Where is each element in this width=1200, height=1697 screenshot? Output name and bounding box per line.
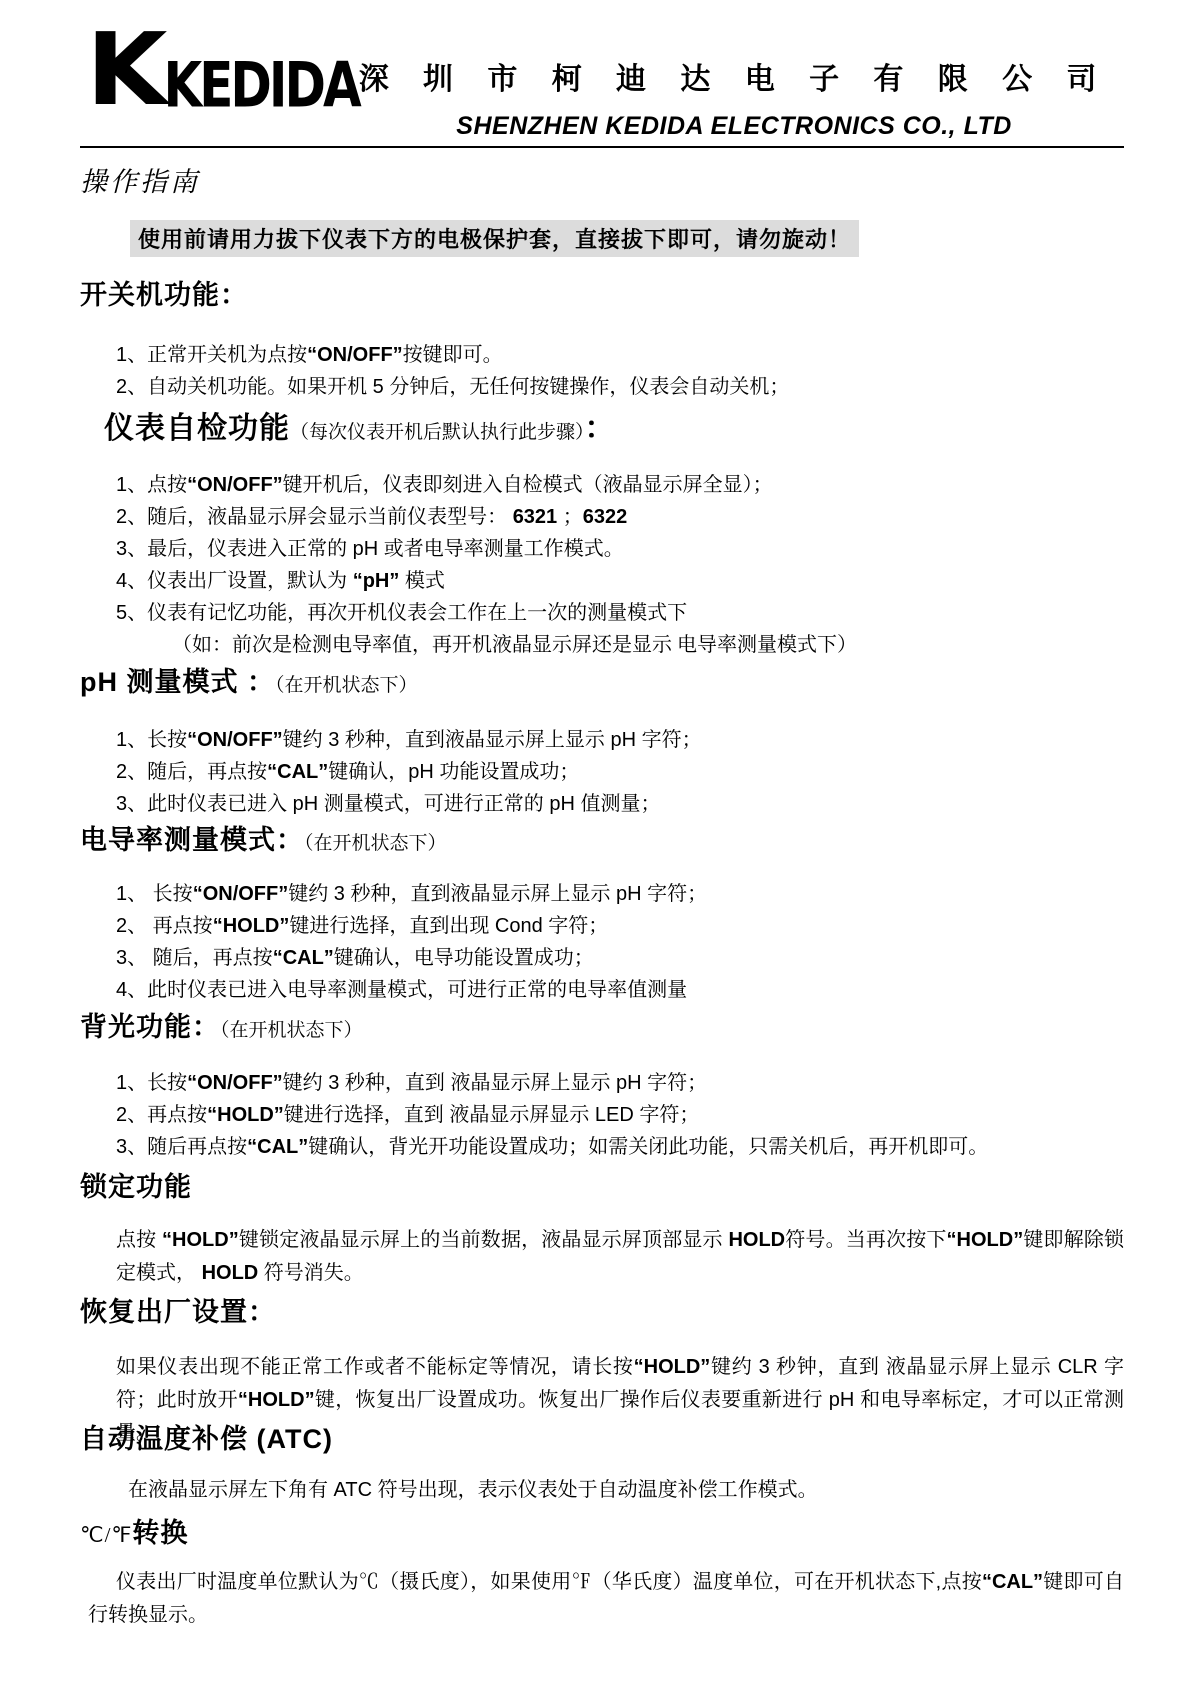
list-item: 2、 再点按“HOLD”键进行选择，直到出现 Cond 字符； [80,913,1124,939]
list-item: 2、自动关机功能。如果开机 5 分钟后，无任何按键操作，仪表会自动关机； [80,374,1124,400]
letterhead: K KEDIDA 深 圳 市 柯 迪 达 电 子 有 限 公 司 SHENZHE… [80,26,1124,141]
kedida-logo: K KEDIDA [88,26,359,114]
section-title-hold: 锁定功能 [80,1170,1124,1204]
list-item: 1、正常开关机为点按“ON/OFF”按键即可。 [80,342,1124,368]
section-title-power: 开关机功能： [80,278,1124,312]
list-item: 5、仪表有记忆功能，再次开机仪表会工作在上一次的测量模式下 [80,600,1124,626]
section-title-ph: pH 测量模式 ：（在开机状态下） [80,665,1124,703]
section-cond-mode: 电导率测量模式：（在开机状态下） 1、 长按“ON/OFF”键约 3 秒种，直到… [80,823,1124,1003]
list-item: 1、长按“ON/OFF”键约 3 秒种，直到 液晶显示屏上显示 pH 字符； [80,1070,1124,1096]
section-title-cond: 电导率测量模式：（在开机状态下） [80,823,1124,861]
section-ph-mode: pH 测量模式 ：（在开机状态下） 1、长按“ON/OFF”键约 3 秒种，直到… [80,665,1124,817]
list-item: 2、随后，液晶显示屏会显示当前仪表型号： 6321 ；6322 [80,504,1124,530]
section-paragraph: 仪表出厂时温度单位默认为℃（摄氏度），如果使用℉（华氏度）温度单位，可在开机状态… [80,1566,1124,1632]
company-name-cn: 深 圳 市 柯 迪 达 电 子 有 限 公 司 [359,54,1110,98]
warning-notice: 使用前请用力拔下仪表下方的电极保护套，直接拔下即可，请勿旋动！ [130,220,859,257]
list-item: 2、随后，再点按“CAL”键确认，pH 功能设置成功； [80,759,1124,785]
list-item: 3、随后再点按“CAL”键确认，背光开功能设置成功；如需关闭此功能，只需关机后，… [80,1134,1124,1160]
section-temp-unit: ℃/℉转换 仪表出厂时温度单位默认为℃（摄氏度），如果使用℉（华氏度）温度单位，… [80,1516,1124,1632]
section-title-selfcheck: 仪表自检功能（每次仪表开机后默认执行此步骤）： [80,410,1124,452]
list-item: 1、长按“ON/OFF”键约 3 秒种，直到液晶显示屏上显示 pH 字符； [80,727,1124,753]
list-item: 1、 长按“ON/OFF”键约 3 秒种，直到液晶显示屏上显示 pH 字符； [80,881,1124,907]
section-backlight: 背光功能：（在开机状态下） 1、长按“ON/OFF”键约 3 秒种，直到 液晶显… [80,1010,1124,1160]
backlight-title-text: 背光功能： [80,1012,220,1042]
notice-row: 使用前请用力拔下仪表下方的电极保护套，直接拔下即可，请勿旋动！ [80,220,1124,257]
section-hold-lock: 锁定功能 点按 “HOLD”键锁定液晶显示屏上的当前数据，液晶显示屏顶部显示 H… [80,1170,1124,1290]
backlight-title-note: （在开机状态下） [220,1020,363,1041]
cond-title-text: 电导率测量模式： [80,825,304,855]
doc-title: 操作指南 [80,160,1124,199]
list-item: 4、仪表出厂设置，默认为 “pH” 模式 [80,568,1124,594]
selfcheck-title-colon: ： [585,412,616,445]
ph-title-text: pH 测量模式 ： [80,667,275,697]
company-block: 深 圳 市 柯 迪 达 电 子 有 限 公 司 SHENZHEN KEDIDA … [359,54,1180,141]
section-title-reset: 恢复出厂设置： [80,1295,1124,1329]
company-name-en: SHENZHEN KEDIDA ELECTRONICS CO., LTD [359,112,1110,141]
section-title-backlight: 背光功能：（在开机状态下） [80,1010,1124,1048]
cond-title-note: （在开机状态下） [304,833,447,854]
section-title-atc: 自动温度补偿 (ATC) [80,1422,1124,1456]
temp-title-text: 转换 [132,1518,188,1548]
list-item: 4、此时仪表已进入电导率测量模式，可进行正常的电导率值测量 [80,977,1124,1003]
list-subnote: （如：前次是检测电导率值，再开机液晶显示屏还是显示 电导率测量模式下） [80,632,1124,658]
section-paragraph: 点按 “HOLD”键锁定液晶显示屏上的当前数据，液晶显示屏顶部显示 HOLD符号… [80,1224,1124,1290]
list-item: 2、再点按“HOLD”键进行选择，直到 液晶显示屏显示 LED 字符； [80,1102,1124,1128]
logo-wordmark: KEDIDA [164,57,359,115]
list-item: 3、此时仪表已进入 pH 测量模式，可进行正常的 pH 值测量； [80,791,1124,817]
list-item: 1、点按“ON/OFF”键开机后，仪表即刻进入自检模式（液晶显示屏全显）； [80,472,1124,498]
header-divider [80,146,1124,148]
logo-k-mark: K [86,26,163,114]
section-power: 开关机功能： 1、正常开关机为点按“ON/OFF”按键即可。 2、自动关机功能。… [80,278,1124,400]
temp-title-prefix: ℃/℉ [80,1523,132,1547]
section-title-temp: ℃/℉转换 [80,1516,1124,1552]
selfcheck-title-text: 仪表自检功能 [104,412,290,445]
list-item: 3、最后，仪表进入正常的 pH 或者电导率测量工作模式。 [80,536,1124,562]
list-item: 3、 随后，再点按“CAL”键确认，电导功能设置成功； [80,945,1124,971]
ph-title-note: （在开机状态下） [275,675,418,696]
section-selfcheck: 仪表自检功能（每次仪表开机后默认执行此步骤）： 1、点按“ON/OFF”键开机后… [80,410,1124,658]
selfcheck-title-note: （每次仪表开机后默认执行此步骤） [290,422,585,443]
section-paragraph: 在液晶显示屏左下角有 ATC 符号出现，表示仪表处于自动温度补偿工作模式。 [80,1474,1124,1507]
section-atc: 自动温度补偿 (ATC) 在液晶显示屏左下角有 ATC 符号出现，表示仪表处于自… [80,1422,1124,1507]
